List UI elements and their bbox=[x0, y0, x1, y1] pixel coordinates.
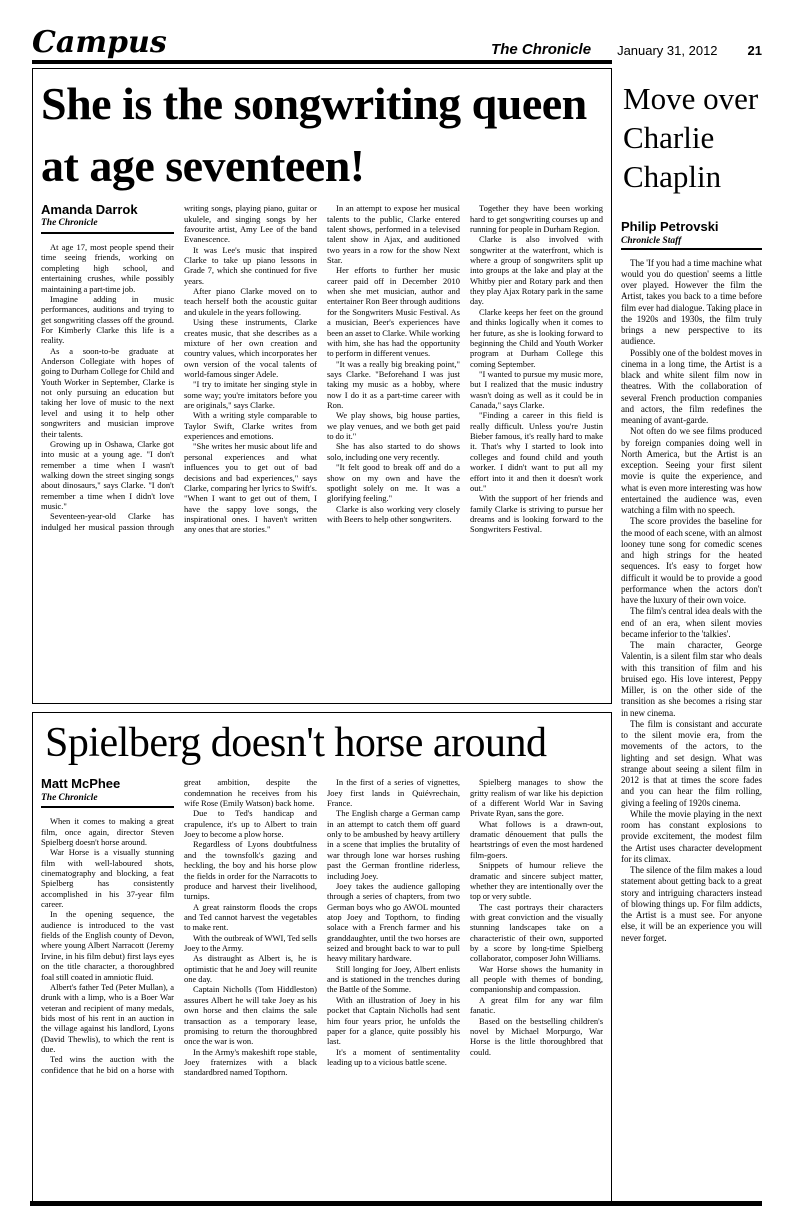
byline-organization: The Chronicle bbox=[41, 217, 174, 234]
article-paragraph: Growing up in Oshawa, Clarke got into mu… bbox=[41, 439, 174, 512]
article-paragraph: The 'If you had a time machine what woul… bbox=[621, 258, 762, 348]
sidebar-article-byline: Philip Petrovski Chronicle Staff bbox=[621, 220, 762, 249]
article-paragraph: War Horse shows the humanity in all peop… bbox=[470, 964, 603, 995]
article-songwriting-queen: She is the songwriting queen at age seve… bbox=[32, 68, 612, 704]
article-paragraph: Using these instruments, Clarke creates … bbox=[184, 317, 317, 379]
page-content: She is the songwriting queen at age seve… bbox=[32, 68, 762, 1206]
article-paragraph: The English charge a German camp in an a… bbox=[327, 808, 460, 881]
byline-author: Amanda Darrok bbox=[41, 203, 174, 217]
article-paragraph: Clarke keeps her feet on the ground and … bbox=[470, 307, 603, 369]
article-paragraph: In the opening sequence, the audience is… bbox=[41, 909, 174, 982]
article-paragraph: The main character, George Valentin, is … bbox=[621, 640, 762, 719]
article-paragraph: A great film for any war film fanatic. bbox=[470, 995, 603, 1016]
byline-organization: The Chronicle bbox=[41, 792, 174, 809]
article-paragraph: Albert's father Ted (Peter Mullan), a dr… bbox=[41, 982, 174, 1055]
newspaper-page: Campus The Chronicle January 31, 2012 21… bbox=[0, 0, 792, 1224]
article-paragraph: We play shows, big house parties, we pla… bbox=[327, 410, 460, 441]
sidebar-article-body: The 'If you had a time machine what woul… bbox=[621, 258, 762, 944]
article-paragraph: In the first of a series of vignettes, J… bbox=[327, 777, 460, 808]
section-title: Campus bbox=[32, 28, 491, 58]
bottom-article-headline: Spielberg doesn't horse around bbox=[45, 719, 603, 767]
article-paragraph: Clarke is also working very closely with… bbox=[327, 504, 460, 525]
article-paragraph: She has also started to do shows solo, i… bbox=[327, 441, 460, 462]
article-paragraph: A great rainstorm floods the crops and T… bbox=[184, 902, 317, 933]
article-paragraph: Spielberg manages to show the gritty rea… bbox=[470, 777, 603, 818]
article-paragraph: At age 17, most people spend their time … bbox=[41, 242, 174, 294]
article-paragraph: It's a moment of sentimentality leading … bbox=[327, 1047, 460, 1068]
article-spielberg-war-horse: Spielberg doesn't horse around Matt McPh… bbox=[32, 712, 612, 1202]
sidebar-article-headline: Move over Charlie Chaplin bbox=[623, 80, 762, 196]
article-paragraph: With the support of her friends and fami… bbox=[470, 493, 603, 534]
bottom-article-body: Matt McPhee The Chronicle When it comes … bbox=[41, 777, 603, 1201]
article-paragraph: The silence of the film makes a loud sta… bbox=[621, 865, 762, 944]
byline-author: Matt McPhee bbox=[41, 777, 174, 791]
article-paragraph: Based on the bestselling children's nove… bbox=[470, 1016, 603, 1057]
article-paragraph: In an attempt to expose her musical tale… bbox=[327, 203, 460, 265]
article-paragraph: War Horse is a visually stunning film wi… bbox=[41, 847, 174, 909]
article-paragraph: Clarke is also involved with songwriter … bbox=[470, 234, 603, 307]
publication-name: The Chronicle bbox=[491, 41, 591, 58]
article-paragraph: Still longing for Joey, Albert enlists a… bbox=[327, 964, 460, 995]
article-paragraph: As a soon-to-be graduate at Anderson Col… bbox=[41, 346, 174, 439]
left-column: She is the songwriting queen at age seve… bbox=[32, 68, 612, 1206]
bottom-article-byline: Matt McPhee The Chronicle bbox=[41, 777, 174, 808]
article-paragraph: The film's central idea deals with the e… bbox=[621, 606, 762, 640]
article-paragraph: Her efforts to further her music career … bbox=[327, 265, 460, 358]
article-the-artist-review: Move over Charlie Chaplin Philip Petrovs… bbox=[618, 68, 762, 1206]
article-paragraph: While the movie playing in the next room… bbox=[621, 809, 762, 865]
article-paragraph: Due to Ted's handicap and crapulence, it… bbox=[184, 808, 317, 839]
article-paragraph: When it comes to making a great film, on… bbox=[41, 816, 174, 847]
main-article-headline: She is the songwriting queen at age seve… bbox=[41, 73, 603, 197]
article-paragraph: After piano Clarke moved on to teach her… bbox=[184, 286, 317, 317]
page-header: Campus The Chronicle January 31, 2012 21 bbox=[32, 26, 762, 64]
article-paragraph: As distraught as Albert is, he is optimi… bbox=[184, 953, 317, 984]
article-paragraph: Imagine adding in music performances, au… bbox=[41, 294, 174, 346]
article-paragraph: "I wanted to pursue my music more, but I… bbox=[470, 369, 603, 410]
article-paragraph: With the outbreak of WWI, Ted sells Joey… bbox=[184, 933, 317, 954]
article-paragraph: What follows is a drawn-out, dramatic dé… bbox=[470, 819, 603, 860]
article-paragraph: With a writing style comparable to Taylo… bbox=[184, 410, 317, 441]
article-paragraph: Regardless of Lyons doubtfulness and the… bbox=[184, 839, 317, 901]
article-paragraph: It was Lee's music that inspired Clarke … bbox=[184, 245, 317, 286]
main-article-byline: Amanda Darrok The Chronicle bbox=[41, 203, 174, 234]
article-paragraph: Joey takes the audience galloping throug… bbox=[327, 881, 460, 964]
article-paragraph: Together they have been working hard to … bbox=[470, 203, 603, 234]
article-paragraph: In the Army's makeshift rope stable, Joe… bbox=[184, 1047, 317, 1078]
article-paragraph: Captain Nicholls (Tom Hiddleston) assure… bbox=[184, 984, 317, 1046]
article-paragraph: The score provides the baseline for the … bbox=[621, 516, 762, 606]
article-paragraph: "It felt good to break off and do a show… bbox=[327, 462, 460, 503]
article-paragraph: The film is consistant and accurate to t… bbox=[621, 719, 762, 809]
article-paragraph: Possibly one of the boldest moves in cin… bbox=[621, 348, 762, 427]
byline-organization: Chronicle Staff bbox=[621, 235, 762, 250]
article-paragraph: Not often do we see films produced by fo… bbox=[621, 426, 762, 516]
article-paragraph: "I try to imitate her singing style in s… bbox=[184, 379, 317, 410]
article-paragraph: "It was a really big breaking point," sa… bbox=[327, 359, 460, 411]
article-paragraph: "She writes her music about life and per… bbox=[184, 441, 317, 534]
article-paragraph: With an illustration of Joey in his pock… bbox=[327, 995, 460, 1047]
article-paragraph: "Finding a career in this field is reall… bbox=[470, 410, 603, 493]
page-number: 21 bbox=[748, 43, 762, 58]
article-paragraph: Snippets of humour relieve the dramatic … bbox=[470, 860, 603, 901]
byline-author: Philip Petrovski bbox=[621, 220, 762, 234]
article-paragraph: The cast portrays their characters with … bbox=[470, 902, 603, 964]
main-article-body: Amanda Darrok The Chronicle At age 17, m… bbox=[41, 203, 603, 685]
issue-date: January 31, 2012 bbox=[617, 43, 717, 58]
